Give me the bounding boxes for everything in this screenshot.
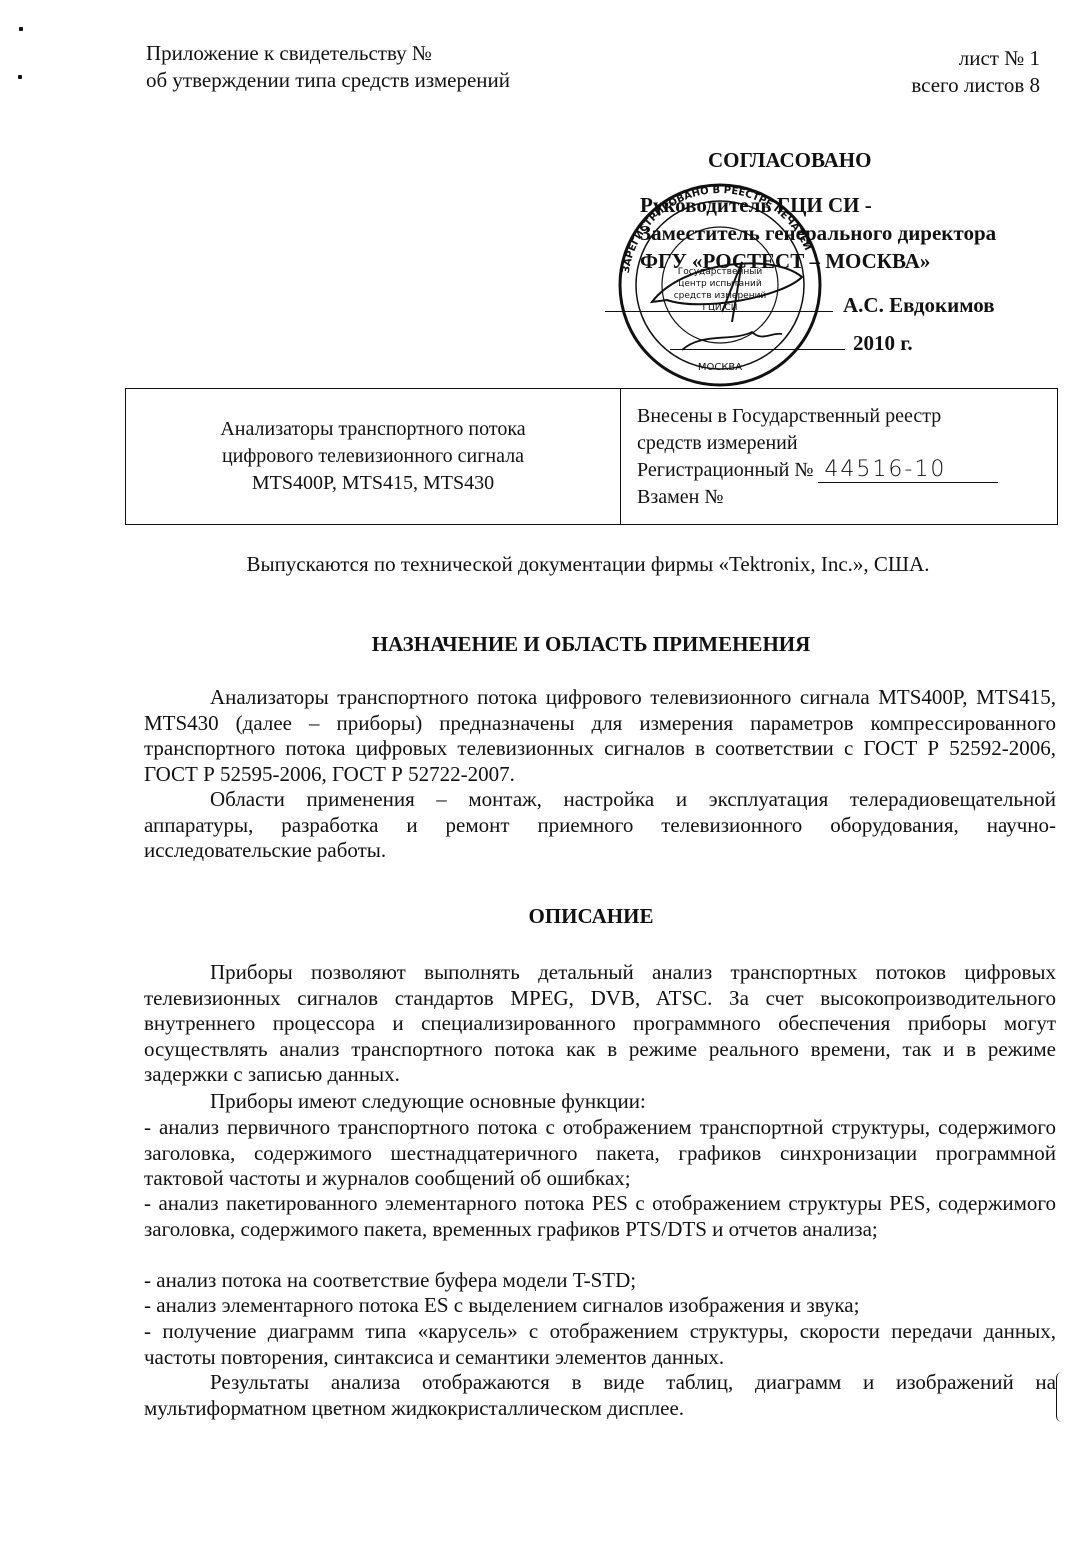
registration-table: Анализаторы транспортного потока цифрово…: [125, 388, 1058, 525]
signature-line: [605, 292, 833, 312]
certificate-appendix-header: Приложение к свидетельству № об утвержде…: [146, 40, 510, 94]
approver-organization: ФГУ «РОСТЕСТ – МОСКВА»: [600, 247, 1060, 275]
sheet-total: всего листов 8: [911, 72, 1040, 99]
registration-number-label: Регистрационный №: [637, 459, 813, 481]
margin-mark: [1056, 1372, 1064, 1422]
appendix-line-2: об утверждении типа средств измерений: [146, 67, 510, 94]
device-name-cell: Анализаторы транспортного потока цифрово…: [126, 389, 621, 524]
function-list-item: - получение диаграмм типа «карусель» с о…: [144, 1319, 1056, 1370]
function-list-item: - анализ элементарного потока ES с выдел…: [144, 1293, 1056, 1319]
registry-line-1: Внесены в Государственный реестр: [637, 403, 1057, 430]
sheet-number: лист № 1: [911, 45, 1040, 72]
approver-position-1: Руководитель ГЦИ СИ -: [600, 191, 1060, 219]
results-paragraph: Результаты анализа отображаются в виде т…: [144, 1370, 1056, 1421]
appendix-line-1: Приложение к свидетельству №: [146, 40, 510, 67]
registry-cell: Внесены в Государственный реестр средств…: [621, 389, 1057, 524]
section-heading-purpose: НАЗНАЧЕНИЕ И ОБЛАСТЬ ПРИМЕНЕНИЯ: [0, 632, 1092, 657]
function-list-item: - анализ пакетированного элементарного п…: [144, 1191, 1056, 1242]
function-list-item: - анализ первичного транспортного потока…: [144, 1115, 1056, 1192]
registry-line-2: средств измерений: [637, 430, 1057, 457]
functions-intro: Приборы имеют следующие основные функции…: [144, 1089, 1056, 1115]
approval-block: СОГЛАСОВАНО Руководитель ГЦИ СИ - Замест…: [600, 145, 1060, 357]
manufacturer-note: Выпускаются по технической документации …: [0, 552, 1092, 577]
section-heading-description: ОПИСАНИЕ: [0, 904, 1092, 929]
approval-title: СОГЛАСОВАНО: [600, 145, 1060, 175]
purpose-paragraph: Анализаторы транспортного потока цифрово…: [144, 685, 1056, 787]
signatory-name: А.С. Евдокимов: [843, 291, 995, 319]
scan-mark: [19, 27, 23, 31]
sheet-counter: лист № 1 всего листов 8: [911, 45, 1040, 99]
approval-year: 2010 г.: [853, 329, 913, 357]
application-paragraph: Области применения – монтаж, настройка и…: [144, 787, 1056, 864]
device-models: MTS400P, MTS415, MTS430: [252, 470, 494, 497]
replaces-label: Взамен №: [637, 484, 1057, 511]
approver-position-2: Заместитель генерального директора: [600, 219, 1060, 247]
device-name-line-1: Анализаторы транспортного потока: [220, 416, 525, 443]
date-line: [670, 330, 845, 350]
svg-text:МОСКВА: МОСКВА: [698, 362, 742, 373]
description-paragraph: Приборы позволяют выполнять детальный ан…: [144, 960, 1056, 1088]
device-name-line-2: цифрового телевизионного сигнала: [222, 443, 524, 470]
registration-number: 44516-10: [818, 458, 998, 483]
scan-mark: [18, 75, 22, 79]
function-list-item: - анализ потока на соответствие буфера м…: [144, 1268, 1056, 1294]
